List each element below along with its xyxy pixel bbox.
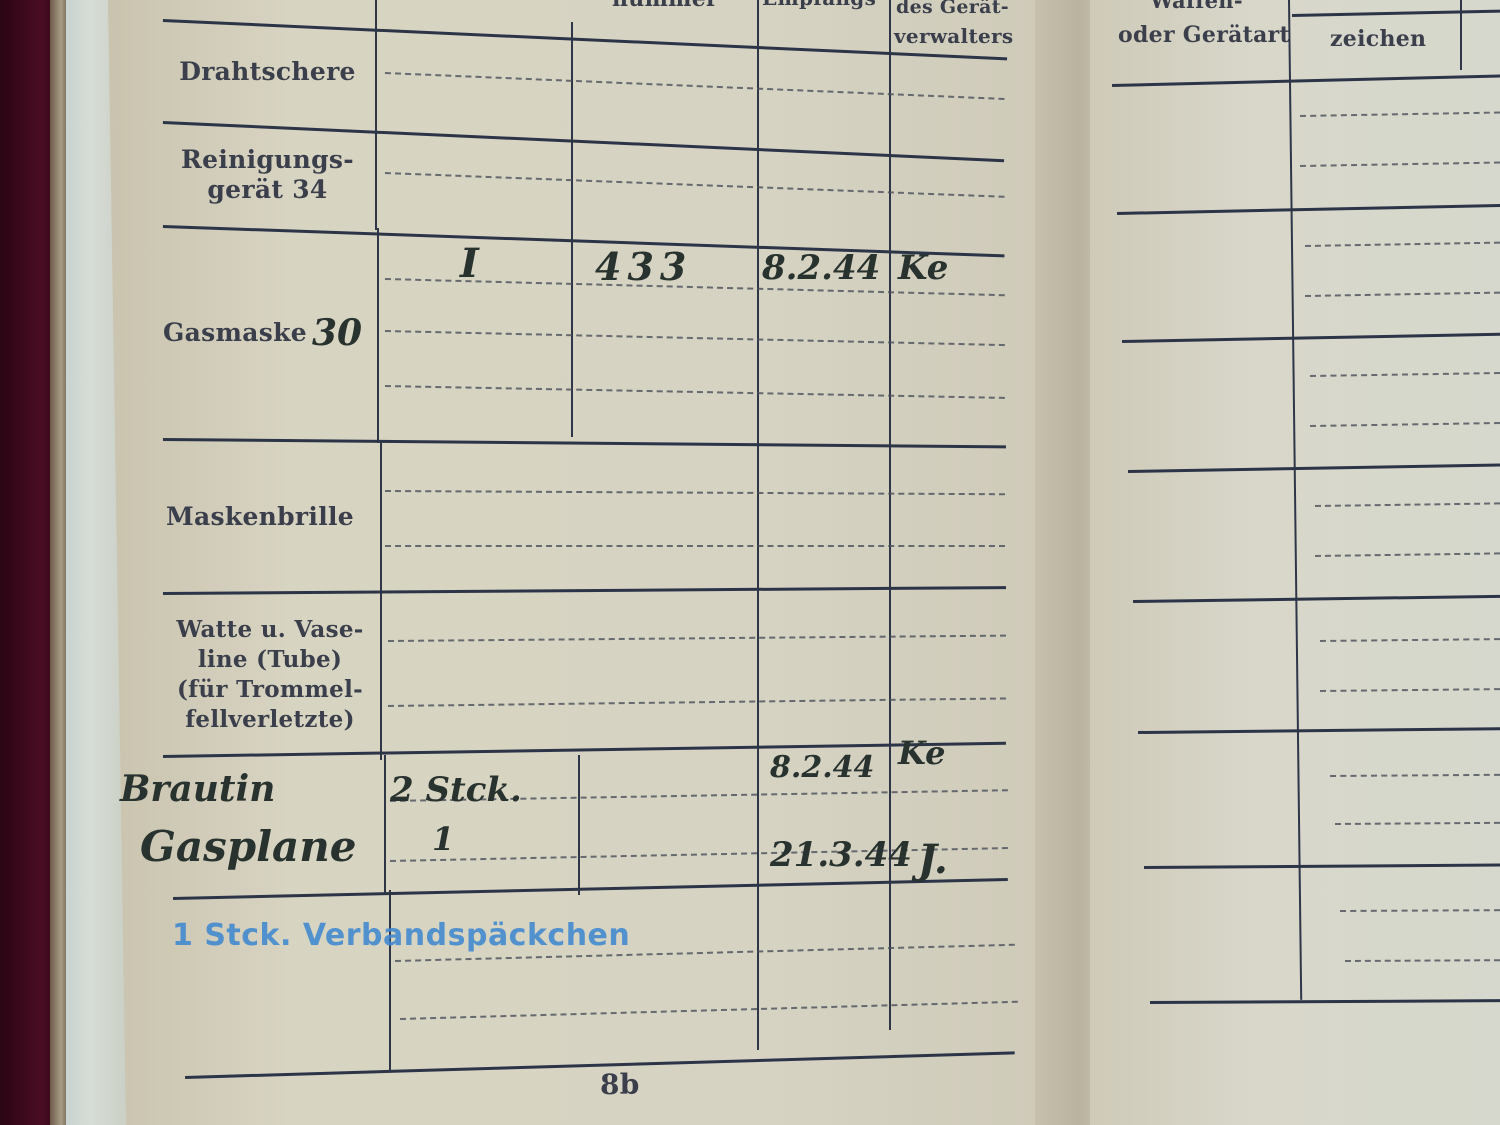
- handwritten-date: 8.2.44: [762, 248, 880, 288]
- row-label-reinigungsgeraet: Reinigungs- gerät 34: [160, 145, 375, 205]
- column-divider: [571, 22, 573, 437]
- handwritten-size: I: [460, 240, 479, 287]
- row-label-watte-vaseline: Watte u. Vase- line (Tube) (für Trommel-…: [160, 615, 380, 735]
- handwritten-date: 21.3.44: [770, 835, 912, 875]
- ink-stamp-verbandspaeckchen: 1 Stck. Verbandspäckchen: [172, 918, 630, 953]
- column-divider: [375, 0, 377, 230]
- header-waffen: Waffen-: [1150, 0, 1243, 13]
- row-label-drahtschere: Drahtschere: [160, 57, 375, 87]
- handwritten-date: 8.2.44: [770, 750, 874, 785]
- header-verwalters: verwalters: [894, 24, 1013, 48]
- column-divider: [389, 890, 391, 1070]
- column-divider: [384, 755, 386, 895]
- handwritten-quantity: 1: [432, 820, 454, 858]
- dotted-line: [385, 545, 1005, 547]
- handwritten-signature: J.: [918, 836, 948, 883]
- handwritten-number: 433: [595, 244, 692, 289]
- header-geraet: des Gerät-: [896, 0, 1009, 18]
- row-label-maskenbrille: Maskenbrille: [160, 502, 360, 532]
- handwritten-gasmaske-model: 30: [312, 312, 362, 354]
- row-label-gasmaske: Gasmaske: [160, 318, 310, 348]
- handwritten-label-brautin: Brautin: [120, 768, 275, 810]
- header-zeichen: zeichen: [1330, 26, 1426, 52]
- handwritten-label-gasplane: Gasplane: [140, 822, 357, 871]
- page-number: 8b: [600, 1068, 640, 1101]
- header-nummer: nummer: [612, 0, 718, 12]
- column-divider: [380, 440, 382, 760]
- column-divider: [578, 755, 580, 895]
- header-geraetart: oder Gerätart: [1118, 22, 1290, 48]
- handwritten-signature: Ke: [898, 734, 945, 772]
- column-divider: [757, 0, 759, 1050]
- handwritten-signature: Ke: [898, 248, 948, 288]
- header-empfangs: Empfangs: [762, 0, 876, 10]
- column-divider: [377, 228, 379, 443]
- handwritten-quantity: 2 Stck.: [390, 770, 522, 810]
